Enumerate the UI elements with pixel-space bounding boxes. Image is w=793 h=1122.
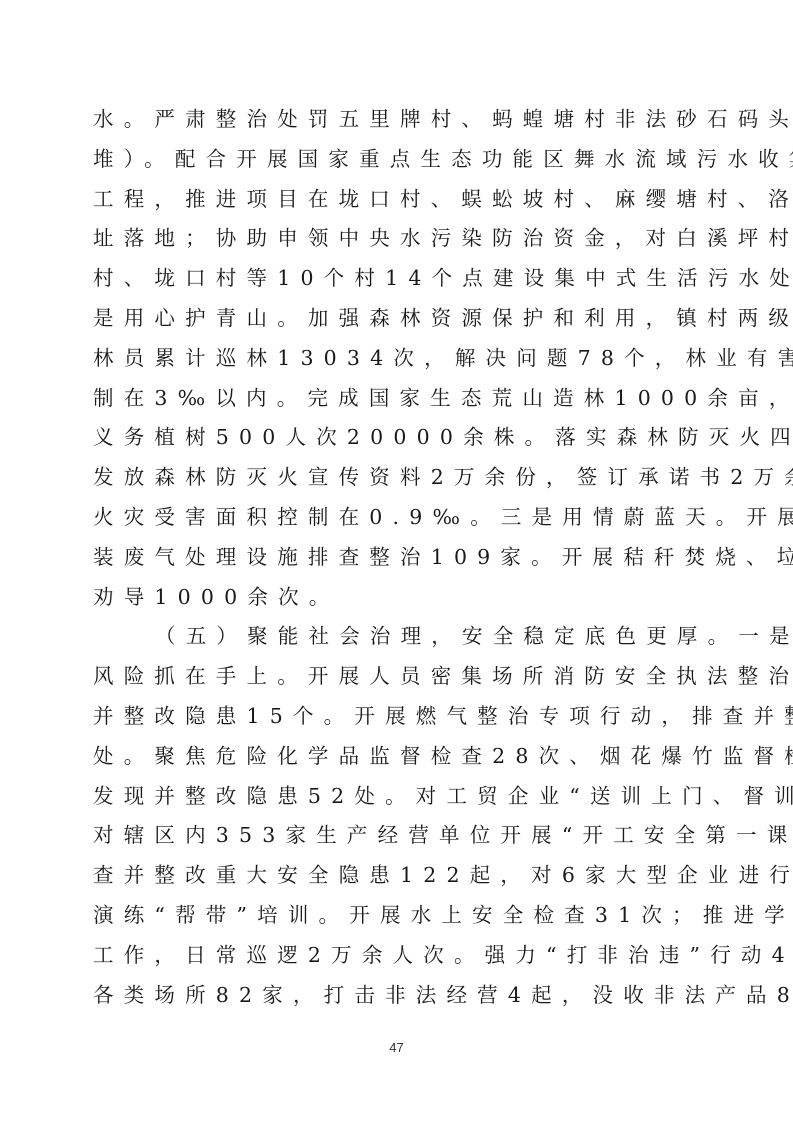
- text-line: 义务植树500人次20000余株。落实森林防灭火四级包保责任制，: [93, 418, 693, 458]
- text-line: 村、垅口村等10个村14个点建设集中式生活污水处理设施。二: [93, 259, 693, 299]
- text-line: 是用心护青山。加强森林资源保护和利用，镇村两级林长、护: [93, 299, 693, 339]
- text-line: 演练“帮带”培训。开展水上安全检查31次；推进学生防溺水: [93, 896, 693, 936]
- text-line: 并整改隐患15个。开展燃气整治专项行动，排查并整改隐患10: [93, 697, 693, 737]
- text-line: 劝导1000余次。: [93, 578, 693, 618]
- text-line: 制在3‰以内。完成国家生态荒山造林1000余亩，油茶400余亩，: [93, 379, 693, 419]
- text-line: 风险抓在手上。开展人员密集场所消防安全执法整治4次，发现: [93, 657, 693, 697]
- text-line: 对辖区内353家生产经营单位开展“开工安全第一课”，协同排: [93, 816, 693, 856]
- body-text: 水。严肃整治处罚五里牌村、蚂蝗塘村非法砂石码头（非法砂 堆）。配合开展国家重点生…: [93, 100, 693, 1015]
- text-line: 火灾受害面积控制在0.9‰。三是用情蔚蓝天。开展小作坊未安: [93, 498, 693, 538]
- text-line: 水。严肃整治处罚五里牌村、蚂蝗塘村非法砂石码头（非法砂: [93, 100, 693, 140]
- text-line: 处。聚焦危险化学品监督检查28次、烟花爆竹监督检查82次，: [93, 737, 693, 777]
- text-line: 装废气处理设施排查整治109家。开展秸秆焚烧、垃圾禁烧巡逻: [93, 538, 693, 578]
- text-line: 堆）。配合开展国家重点生态功能区舞水流域污水收集与处理: [93, 140, 693, 180]
- text-line: 林员累计巡林13034次，解决问题78个，林业有害生物成灾率控: [93, 339, 693, 379]
- text-line: 工作，日常巡逻2万余人次。强力“打非治违”行动4次，检查: [93, 936, 693, 976]
- page-number: 47: [0, 1040, 793, 1055]
- text-line: 址落地；协助申领中央水污染防治资金，对白溪坪村、黄潭桥: [93, 219, 693, 259]
- text-line: 各类场所82家，打击非法经营4起，没收非法产品8件，检查涉: [93, 976, 693, 1016]
- text-line: 查并整改重大安全隐患122起，对6家大型企业进行了现场应急: [93, 856, 693, 896]
- document-page: 水。严肃整治处罚五里牌村、蚂蝗塘村非法砂石码头（非法砂 堆）。配合开展国家重点生…: [0, 0, 793, 1122]
- text-line: 工程，推进项目在垅口村、蜈蚣坡村、麻缨塘村、洛家井村选: [93, 180, 693, 220]
- text-line: 发放森林防灭火宣传资料2万余份，签订承诺书2万余份，森林: [93, 458, 693, 498]
- section-heading-line: （五）聚能社会治理，安全稳定底色更厚。一是始终把防: [93, 617, 693, 657]
- text-line: 发现并整改隐患52处。对工贸企业“送训上门、督训结合”，: [93, 777, 693, 817]
